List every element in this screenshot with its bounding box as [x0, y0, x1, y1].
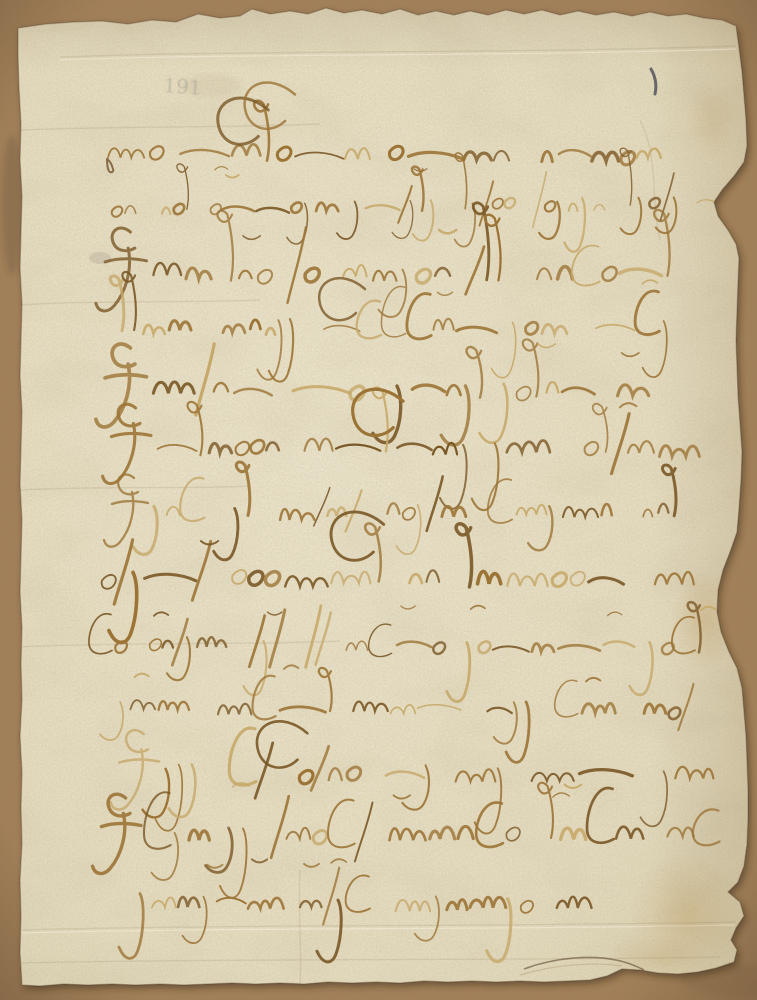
manuscript-photo: 191 — [0, 0, 757, 1000]
paper-texture-layer: 191 — [0, 0, 757, 1000]
manuscript-canvas: 191 — [0, 0, 757, 1000]
pencil-mark: 191 — [163, 73, 203, 100]
board-dark-streak — [2, 135, 22, 275]
paper-grain — [0, 0, 757, 1000]
